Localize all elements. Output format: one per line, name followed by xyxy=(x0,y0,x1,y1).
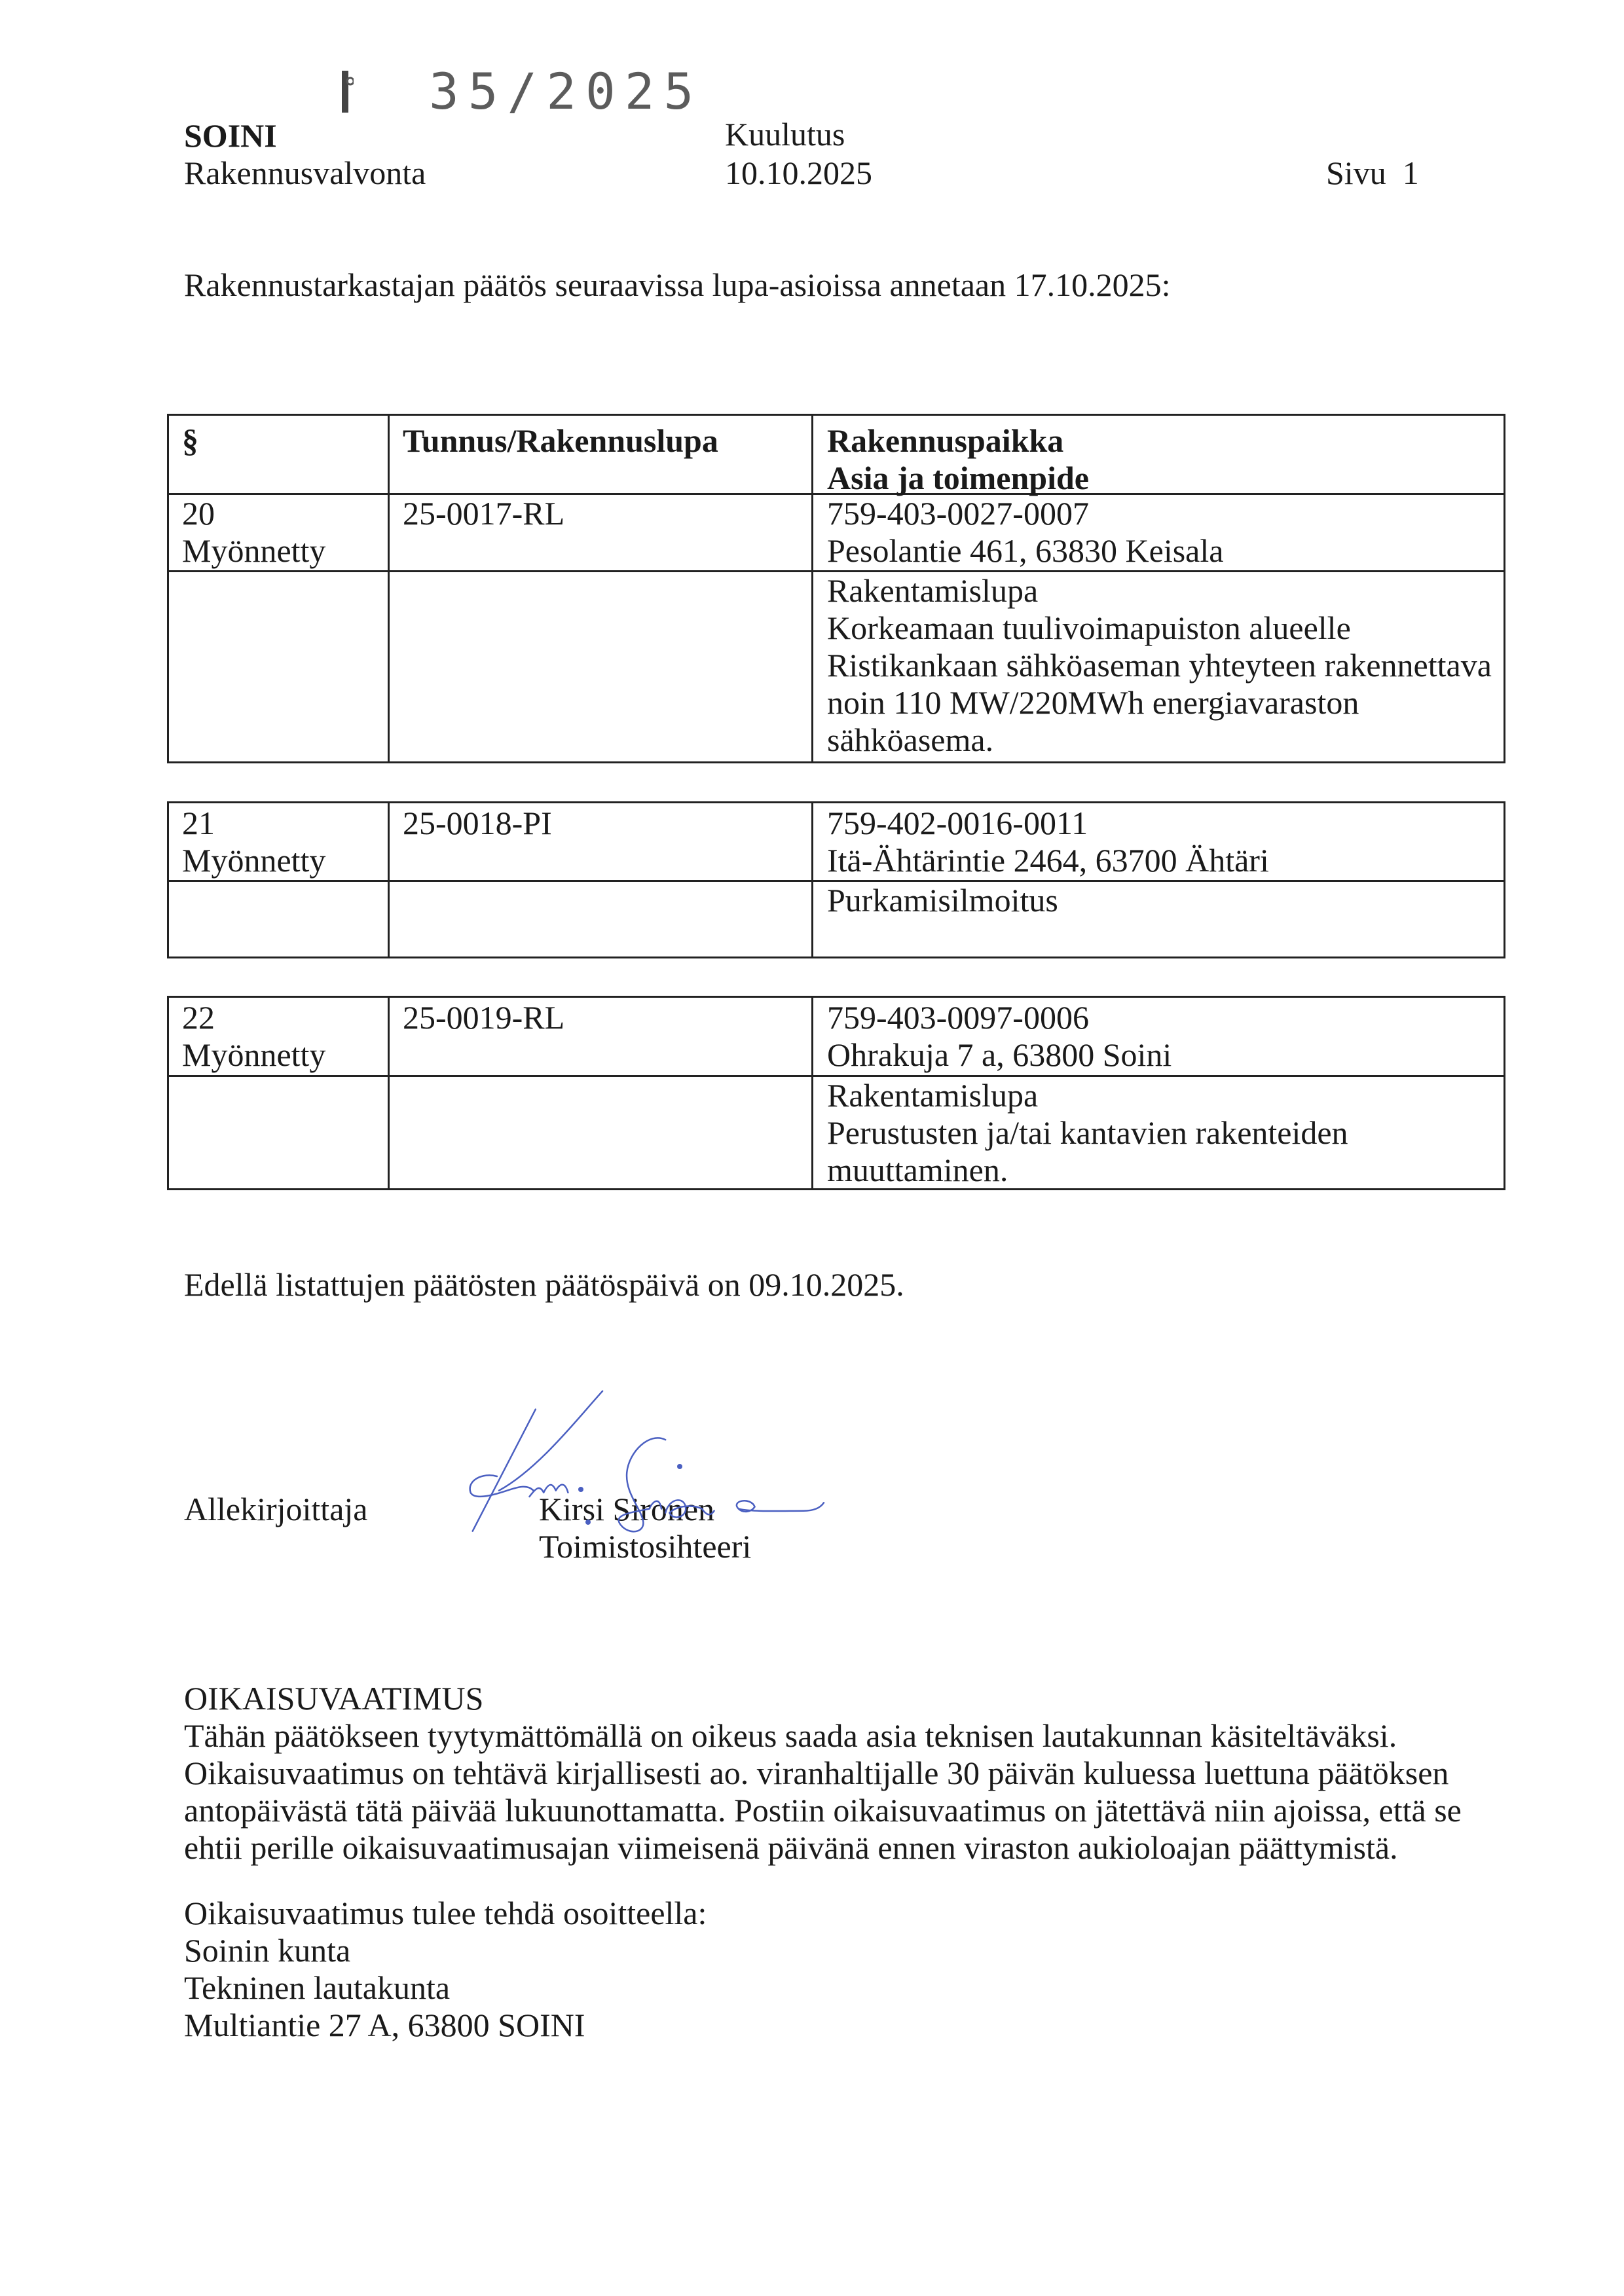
appeal-address-intro: Oikaisuvaatimus tulee tehdä osoitteella: xyxy=(184,1895,707,1932)
description-line: Ristikankaan sähköaseman yhteyteen raken… xyxy=(827,647,1492,684)
department: Rakennusvalvonta xyxy=(184,155,426,192)
appeal-address-line: Multiantie 27 A, 63800 SOINI xyxy=(184,2007,585,2044)
section-number: 22 xyxy=(182,999,215,1036)
section-number: 21 xyxy=(182,805,215,842)
handwritten-signature xyxy=(458,1375,1087,1571)
table-row: 22 Myönnetty 25-0019-RL 759-403-0097-000… xyxy=(169,998,1504,1077)
header-section: § xyxy=(182,422,198,460)
table-row-description: Rakentamislupa Perustusten ja/tai kantav… xyxy=(169,1075,1504,1188)
stamp-number-sign xyxy=(341,68,354,115)
address: Ohrakuja 7 a, 63800 Soini xyxy=(827,1036,1172,1074)
appeal-text-line: Tähän päätökseen tyytymättömällä on oike… xyxy=(184,1717,1397,1755)
decision-table-2: 21 Myönnetty 25-0018-PI 759-402-0016-001… xyxy=(167,801,1505,958)
address: Itä-Ähtärintie 2464, 63700 Ähtäri xyxy=(827,842,1269,879)
table-row: 21 Myönnetty 25-0018-PI 759-402-0016-001… xyxy=(169,803,1504,882)
appeal-address-line: Soinin kunta xyxy=(184,1932,350,1969)
description-line: Rakentamislupa xyxy=(827,572,1038,610)
stamp-number: 35/2025 xyxy=(429,65,703,118)
decision-date-note: Edellä listattujen päätösten päätöspäivä… xyxy=(184,1266,904,1303)
page-number: Sivu 1 xyxy=(1326,155,1419,192)
description-line: noin 110 MW/220MWh energiavaraston xyxy=(827,684,1359,721)
description-line: muuttaminen. xyxy=(827,1152,1008,1189)
table-row-description: Rakentamislupa Korkeamaan tuulivoimapuis… xyxy=(169,570,1504,761)
description-line: sähköasema. xyxy=(827,721,993,759)
document-date: 10.10.2025 xyxy=(725,155,872,192)
status: Myönnetty xyxy=(182,1036,325,1074)
description-line: Purkamisilmoitus xyxy=(827,882,1058,919)
property-id: 759-403-0027-0007 xyxy=(827,495,1089,532)
permit-id: 25-0017-RL xyxy=(403,495,564,532)
header-place: Rakennuspaikka xyxy=(827,422,1063,460)
header-action: Asia ja toimenpide xyxy=(827,460,1089,497)
appeal-address-line: Tekninen lautakunta xyxy=(184,1969,450,2007)
status: Myönnetty xyxy=(182,532,325,570)
description-line: Rakentamislupa xyxy=(827,1077,1038,1114)
property-id: 759-403-0097-0006 xyxy=(827,999,1089,1036)
property-id: 759-402-0016-0011 xyxy=(827,805,1088,842)
decision-table-1: § Tunnus/Rakennuslupa Rakennuspaikka Asi… xyxy=(167,414,1505,763)
table-row-description: Purkamisilmoitus xyxy=(169,880,1504,957)
appeal-text-line: ehtii perille oikaisuvaatimusajan viimei… xyxy=(184,1829,1398,1867)
appeal-text-line: Oikaisuvaatimus on tehtävä kirjallisesti… xyxy=(184,1755,1449,1792)
description-line: Perustusten ja/tai kantavien rakenteiden xyxy=(827,1114,1348,1152)
table-header-row: § Tunnus/Rakennuslupa Rakennuspaikka Asi… xyxy=(169,416,1504,495)
appeal-text-line: antopäivästä tätä päivää lukuunottamatta… xyxy=(184,1792,1462,1829)
status: Myönnetty xyxy=(182,842,325,879)
document-type: Kuulutus xyxy=(725,116,845,153)
table-row: 20 Myönnetty 25-0017-RL 759-403-0027-000… xyxy=(169,493,1504,572)
description-line: Korkeamaan tuulivoimapuiston alueelle xyxy=(827,610,1351,647)
signatory-label: Allekirjoittaja xyxy=(184,1491,367,1528)
permit-id: 25-0018-PI xyxy=(403,805,552,842)
address: Pesolantie 461, 63830 Keisala xyxy=(827,532,1223,570)
section-number: 20 xyxy=(182,495,215,532)
header-permit: Tunnus/Rakennuslupa xyxy=(403,422,718,460)
decision-table-3: 22 Myönnetty 25-0019-RL 759-403-0097-000… xyxy=(167,996,1505,1190)
intro-text: Rakennustarkastajan päätös seuraavissa l… xyxy=(184,266,1171,304)
appeal-heading: OIKAISUVAATIMUS xyxy=(184,1680,483,1717)
permit-id: 25-0019-RL xyxy=(403,999,564,1036)
organization: SOINI xyxy=(184,117,277,155)
